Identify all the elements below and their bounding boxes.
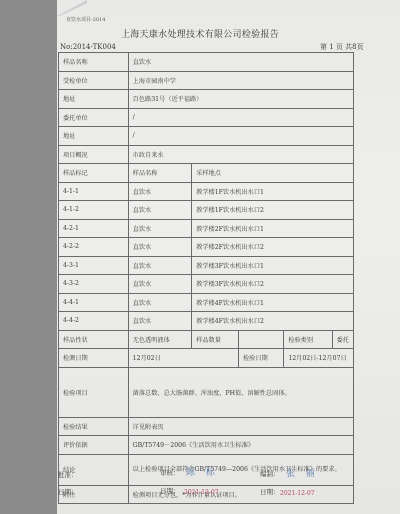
result-value: 详见附表页 — [128, 417, 353, 436]
review-date-stamp: 2021-12-07 — [184, 489, 219, 496]
info-label: 委托单位 — [59, 108, 129, 127]
basis-row: 评价依据 GB/T5749－2006《生活饮用水卫生标准》 — [59, 436, 354, 455]
basis-value: GB/T5749－2006《生活饮用水卫生标准》 — [128, 436, 353, 455]
sample-name: 直饮水 — [128, 256, 192, 275]
sample-mark: 4-1-1 — [59, 182, 129, 201]
table-row: 4-3-1直饮水教学楼3F饮水机出水口1 — [59, 256, 354, 275]
info-label: 样品名称 — [59, 53, 129, 72]
info-row: 地址/ — [59, 127, 354, 146]
sample-name: 直饮水 — [128, 275, 192, 294]
test-date-value: 12月02日 — [128, 349, 238, 368]
inspect-date-value: 12月02日-12月07日 — [284, 349, 354, 368]
items-row: 检验项目 菌落总数、总大肠菌群、浑浊度、PH值、溶解性总固体。 — [59, 367, 354, 417]
review-label: 审核： — [160, 468, 180, 477]
table-row: 4-4-2直饮水教学楼4F饮水机出水口2 — [59, 312, 354, 331]
info-label: 受检单位 — [59, 71, 129, 90]
info-row: 项目概况市政自来水 — [59, 145, 354, 164]
result-row: 检验结果 详见附表页 — [59, 417, 354, 436]
sample-name: 直饮水 — [128, 238, 192, 257]
sample-name: 直饮水 — [128, 201, 192, 220]
approve-label: 批准： — [58, 470, 78, 479]
qty-label: 样品数量 — [192, 330, 239, 349]
info-value: 上海市园南中学 — [128, 71, 353, 90]
sample-mark: 4-3-1 — [59, 256, 129, 275]
sample-name: 直饮水 — [128, 219, 192, 238]
author-signature: 张 丽 — [286, 466, 319, 479]
sample-mark: 4-1-2 — [59, 201, 129, 220]
author-label: 编制： — [260, 469, 280, 478]
review-signature: 陈 标 — [186, 465, 219, 478]
info-row: 受检单位上海市园南中学 — [59, 71, 354, 90]
basis-label: 评价依据 — [59, 436, 129, 455]
items-value: 菌落总数、总大肠菌群、浑浊度、PH值、溶解性总固体。 — [128, 367, 353, 417]
report-title: 上海天康水处理技术有限公司检验报告 — [0, 27, 400, 40]
info-value: / — [128, 127, 353, 146]
sample-location: 教学楼2F饮水机出水口1 — [192, 219, 354, 238]
review-date-label: 日期： — [160, 486, 180, 495]
sample-name: 直饮水 — [128, 182, 192, 201]
author-date-label: 日期： — [260, 487, 280, 496]
test-date-label: 检测日期 — [59, 349, 129, 368]
report-number: No:2014-TK004 — [60, 43, 116, 51]
info-value: 直饮水 — [128, 53, 353, 72]
inspect-date-label: 检验日期 — [238, 349, 283, 368]
type-label: 检验类别 — [284, 330, 332, 349]
info-label: 项目概况 — [59, 145, 129, 164]
sample-location: 教学楼4F饮水机出水口2 — [192, 312, 354, 331]
sample-name: 直饮水 — [128, 293, 192, 312]
table-row: 4-1-1直饮水教学楼1F饮水机出水口1 — [59, 182, 354, 201]
report-table: 样品名称直饮水 受检单位上海市园南中学 地址百色路31号（近平福路） 委托单位/… — [58, 52, 354, 504]
table-row: 4-2-1直饮水教学楼2F饮水机出水口1 — [59, 219, 354, 238]
table-row: 4-2-2直饮水教学楼2F饮水机出水口2 — [59, 238, 354, 257]
info-value: / — [128, 108, 353, 127]
info-label: 地址 — [59, 90, 129, 109]
items-label: 检验项目 — [59, 367, 129, 417]
sample-mark: 4-2-1 — [59, 219, 129, 238]
sample-mark: 4-2-2 — [59, 238, 129, 257]
info-value: 市政自来水 — [128, 145, 353, 164]
column-header: 样品标记 — [59, 164, 129, 183]
type-value: 委托 — [332, 330, 353, 349]
info-value: 百色路31号（近平福路） — [128, 90, 353, 109]
sample-mark: 4-3-2 — [59, 275, 129, 294]
state-label: 样品性状 — [59, 330, 129, 349]
sample-mark: 4-4-2 — [59, 312, 129, 331]
sample-location: 教学楼1F饮水机出水口2 — [192, 201, 354, 220]
info-row: 样品名称直饮水 — [59, 53, 354, 72]
approve-date-label: 日期： — [58, 487, 78, 496]
info-row: 委托单位/ — [59, 108, 354, 127]
author-date-stamp: 2021-12-07 — [280, 490, 315, 497]
column-header: 采样地点 — [192, 164, 354, 183]
sample-location: 教学楼4F饮水机出水口1 — [192, 293, 354, 312]
header-code: 直饮水项目-2014 — [66, 16, 105, 23]
state-value: 无色透明液体 — [128, 330, 192, 349]
sample-location: 教学楼3F饮水机出水口2 — [192, 275, 354, 294]
page-info: 第 1 页 共8页 — [320, 42, 364, 52]
sample-location: 教学楼3F饮水机出水口1 — [192, 256, 354, 275]
table-row: 4-3-2直饮水教学楼3F饮水机出水口2 — [59, 275, 354, 294]
table-row: 4-1-2直饮水教学楼1F饮水机出水口2 — [59, 201, 354, 220]
sample-location: 教学楼2F饮水机出水口2 — [192, 238, 354, 257]
sample-name: 直饮水 — [128, 312, 192, 331]
date-row: 检测日期 12月02日 检验日期 12月02日-12月07日 — [59, 349, 354, 368]
result-label: 检验结果 — [59, 417, 129, 436]
table-row: 4-4-1直饮水教学楼4F饮水机出水口1 — [59, 293, 354, 312]
qty-value — [238, 330, 283, 349]
sample-header-row: 样品标记 样品名称 采样地点 — [59, 164, 354, 183]
sample-state-row: 样品性状 无色透明液体 样品数量 检验类别 委托 — [59, 330, 354, 349]
sample-mark: 4-4-1 — [59, 293, 129, 312]
column-header: 样品名称 — [128, 164, 192, 183]
info-label: 地址 — [59, 127, 129, 146]
sample-location: 教学楼1F饮水机出水口1 — [192, 182, 354, 201]
info-row: 地址百色路31号（近平福路） — [59, 90, 354, 109]
